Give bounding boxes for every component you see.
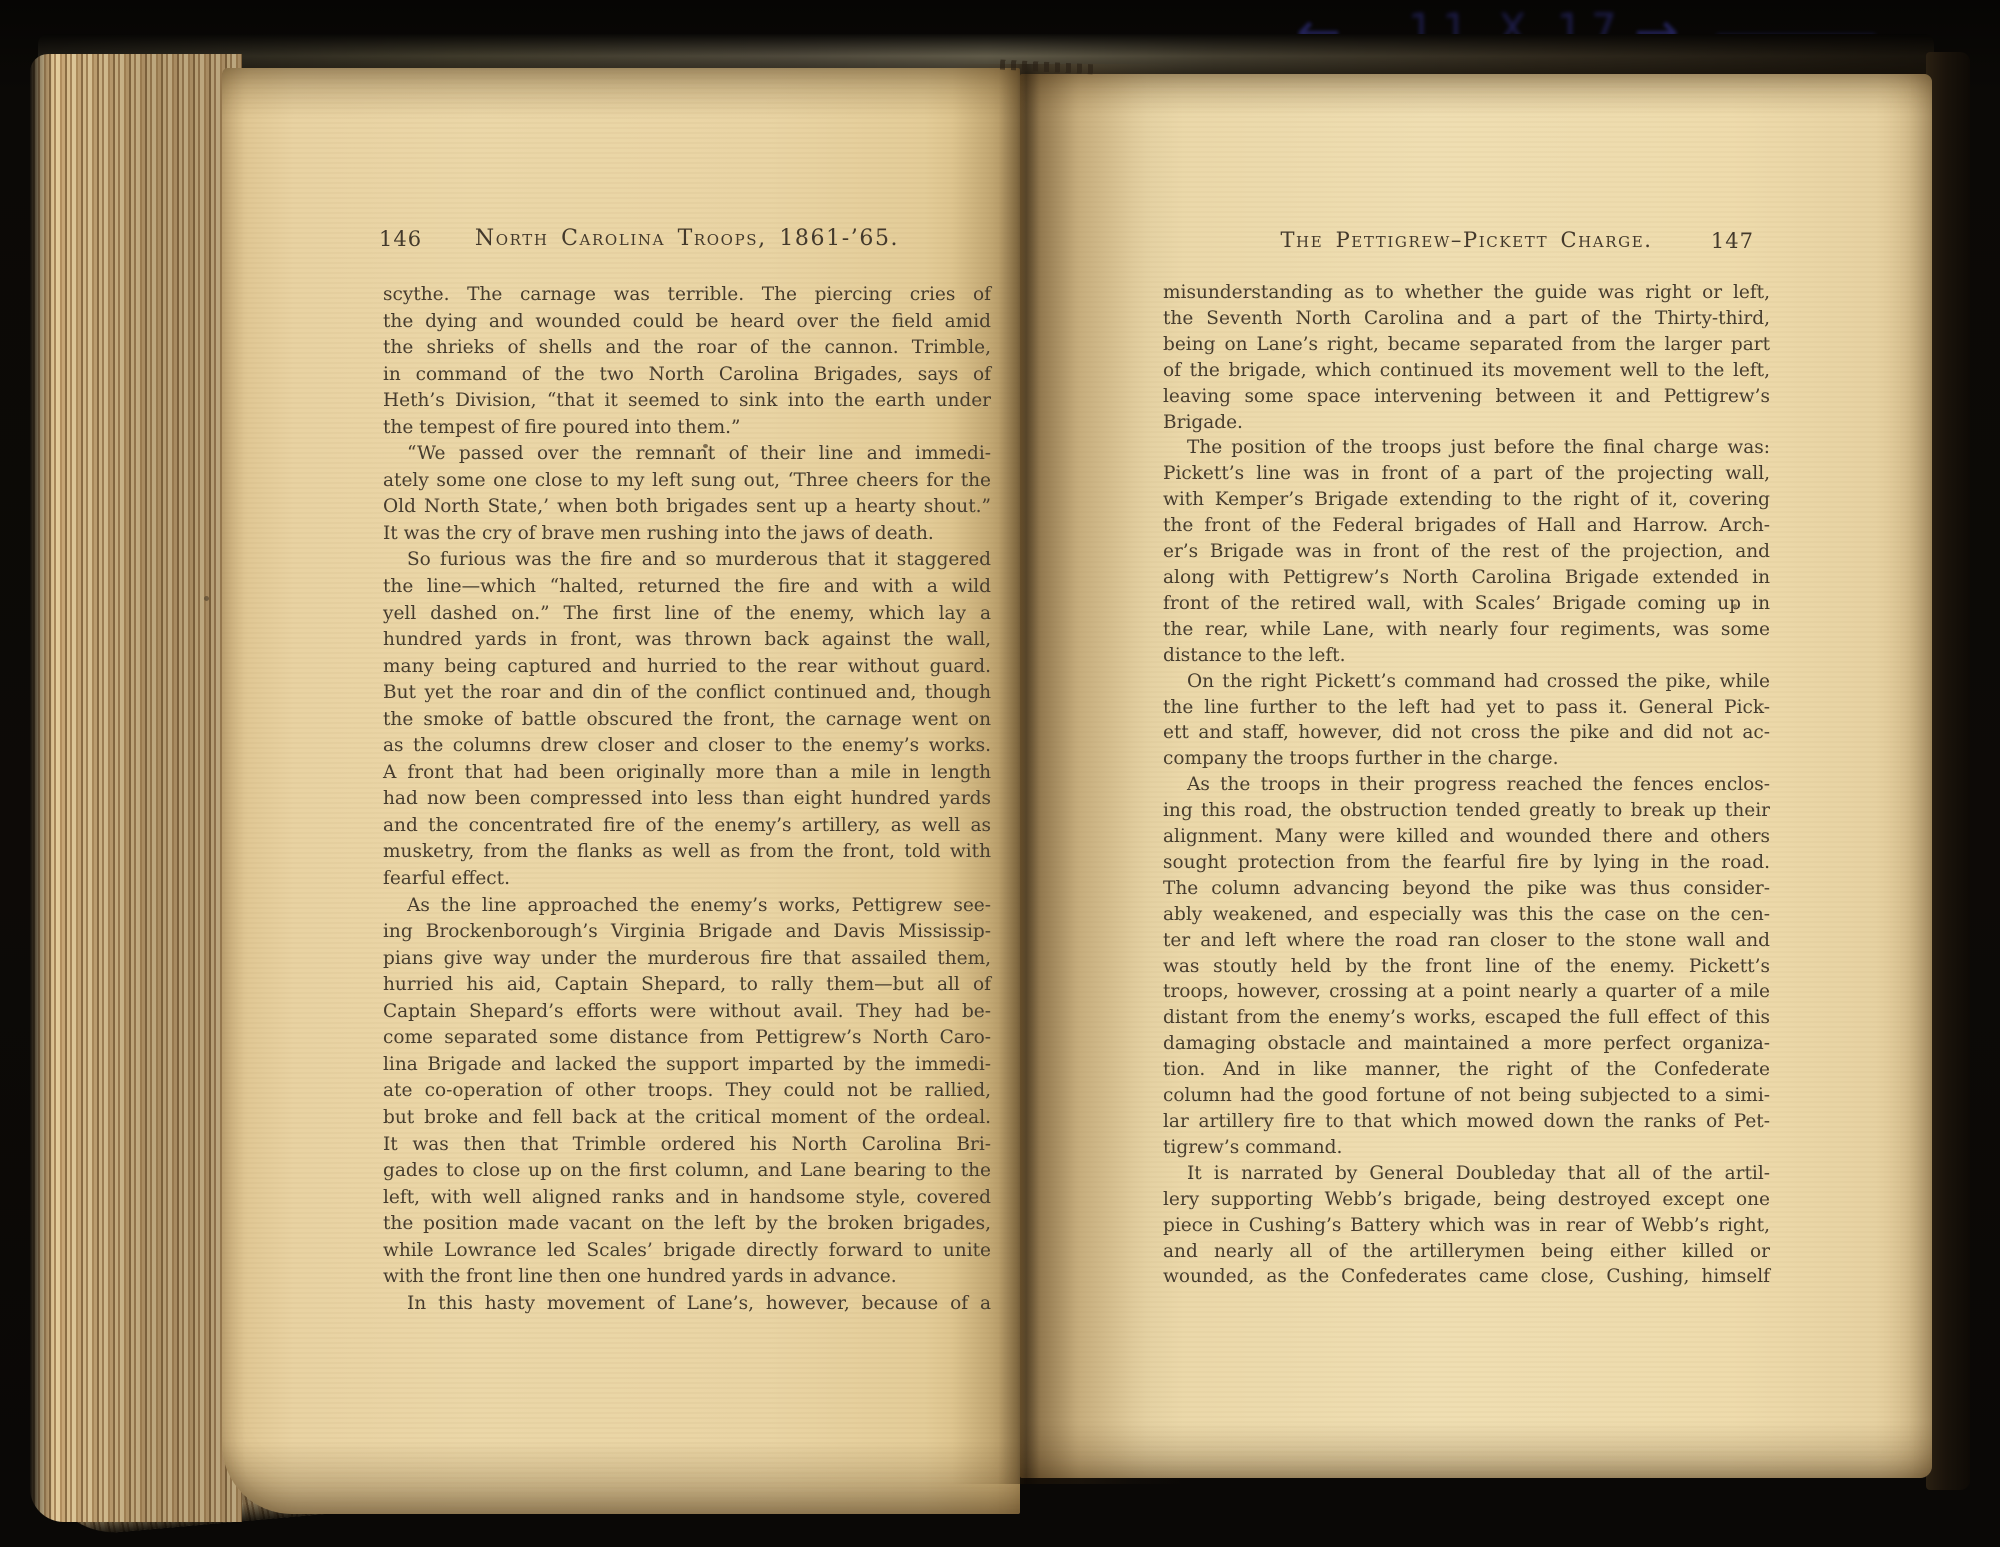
text-line: while Lowrance led Scales’ brigade direc… (383, 1238, 991, 1265)
text-line: along with Pettigrew’s North Carolina Br… (1163, 565, 1770, 591)
text-line: the rear, while Lane, with nearly four r… (1163, 617, 1770, 643)
text-line: But yet the roar and din of the conflict… (383, 680, 991, 707)
text-line: ter and left where the road ran closer t… (1163, 928, 1770, 954)
text-line: but broke and fell back at the critical … (383, 1105, 991, 1132)
text-line: Captain Shepard’s efforts were without a… (383, 999, 991, 1026)
text-line: gades to close up on the first column, a… (383, 1158, 991, 1185)
text-line: troops, however, crossing at a point nea… (1163, 979, 1770, 1005)
text-line: column had the good fortune of not being… (1163, 1083, 1770, 1109)
text-line: had now been compressed into less than e… (383, 786, 991, 813)
text-line: Old North State,’ when both brigades sen… (383, 494, 991, 521)
paper-speck (204, 596, 209, 601)
text-line: piece in Cushing’s Battery which was in … (1163, 1213, 1770, 1239)
text-line: hurried his aid, Captain Shepard, to ral… (383, 972, 991, 999)
text-line: ing this road, the obstruction tended gr… (1163, 798, 1770, 824)
book-scan: ← 11 X 17 → 146 North Carolina Troops, 1… (0, 0, 2000, 1547)
text-line: er’s Brigade was in front of the rest of… (1163, 539, 1770, 565)
text-line: many being captured and hurried to the r… (383, 654, 991, 681)
left-page-number: 146 (379, 227, 422, 251)
text-line: “We passed over the remnant of their lin… (383, 441, 991, 468)
text-line: It was the cry of brave men rushing into… (383, 521, 991, 548)
text-line: leaving some space intervening between i… (1163, 384, 1770, 410)
text-line: The column advancing beyond the pike was… (1163, 876, 1770, 902)
text-line: As the troops in their progress reached … (1163, 772, 1770, 798)
text-line: It is narrated by General Doubleday that… (1163, 1161, 1770, 1187)
left-page-body: scythe. The carnage was terrible. The pi… (383, 282, 991, 1317)
text-line: the line—which “halted, returned the fir… (383, 574, 991, 601)
text-line: being on Lane’s right, became separated … (1163, 332, 1770, 358)
text-line: the position made vacant on the left by … (383, 1211, 991, 1238)
text-line: Pickett’s line was in front of a part of… (1163, 461, 1770, 487)
right-running-title: The Pettigrew–Pickett Charge. (1163, 228, 1770, 252)
text-line: of the brigade, which continued its move… (1163, 358, 1770, 384)
text-line: Heth’s Division, “that it seemed to sink… (383, 388, 991, 415)
left-running-title: North Carolina Troops, 1861-’65. (383, 226, 991, 251)
text-line: In this hasty movement of Lane’s, howeve… (383, 1291, 991, 1318)
text-line: alignment. Many were killed and wounded … (1163, 824, 1770, 850)
text-line: Brigade. (1163, 410, 1770, 436)
text-line: The position of the troops just before t… (1163, 435, 1770, 461)
text-line: misunderstanding as to whether the guide… (1163, 280, 1770, 306)
text-line: hundred yards in front, was thrown back … (383, 627, 991, 654)
text-line: ably weakened, and especially was this t… (1163, 902, 1770, 928)
text-line: lar artillery fire to that which mowed d… (1163, 1109, 1770, 1135)
book-cover-edge (1926, 52, 1970, 1490)
text-line: distant from the enemy’s works, escaped … (1163, 1005, 1770, 1031)
text-line: the tempest of fire poured into them.” (383, 415, 991, 442)
text-line: fearful effect. (383, 866, 991, 893)
text-line: come separated some distance from Pettig… (383, 1025, 991, 1052)
text-line: sought protection from the fearful fire … (1163, 850, 1770, 876)
right-page-number: 147 (1711, 229, 1754, 253)
text-line: scythe. The carnage was terrible. The pi… (383, 282, 991, 309)
text-line: in command of the two North Carolina Bri… (383, 362, 991, 389)
text-line: As the line approached the enemy’s works… (383, 893, 991, 920)
text-line: damaging obstacle and maintained a more … (1163, 1031, 1770, 1057)
text-line: A front that had been originally more th… (383, 760, 991, 787)
text-line: ing Brockenborough’s Virginia Brigade an… (383, 919, 991, 946)
text-line: left, with well aligned ranks and in han… (383, 1185, 991, 1212)
text-line: ate co-operation of other troops. They c… (383, 1078, 991, 1105)
text-line: musketry, from the flanks as well as fro… (383, 839, 991, 866)
text-line: On the right Pickett’s command had cross… (1163, 669, 1770, 695)
text-line: with Kemper’s Brigade extending to the r… (1163, 487, 1770, 513)
text-line: pians give way under the murderous fire … (383, 946, 991, 973)
text-line: So furious was the fire and so murderous… (383, 547, 991, 574)
text-line: It was then that Trimble ordered his Nor… (383, 1132, 991, 1159)
text-line: lery supporting Webb’s brigade, being de… (1163, 1187, 1770, 1213)
text-line: ett and staff, however, did not cross th… (1163, 720, 1770, 746)
left-page-header: 146 North Carolina Troops, 1861-’65. (383, 226, 991, 258)
text-line: the smoke of battle obscured the front, … (383, 707, 991, 734)
text-line: and nearly all of the artillerymen being… (1163, 1239, 1770, 1265)
right-page-header: The Pettigrew–Pickett Charge. 147 (1163, 228, 1770, 260)
text-line: the Seventh North Carolina and a part of… (1163, 306, 1770, 332)
text-line: tion. And in like manner, the right of t… (1163, 1057, 1770, 1083)
text-line: the dying and wounded could be heard ove… (383, 309, 991, 336)
text-line: the shrieks of shells and the roar of th… (383, 335, 991, 362)
page-stack-edge (30, 54, 242, 1522)
text-line: tigrew’s command. (1163, 1135, 1770, 1161)
text-line: the front of the Federal brigades of Hal… (1163, 513, 1770, 539)
text-line: the line further to the left had yet to … (1163, 695, 1770, 721)
text-line: company the troops further in the charge… (1163, 746, 1770, 772)
right-page-body: misunderstanding as to whether the guide… (1163, 280, 1770, 1290)
text-line: and the concentrated fire of the enemy’s… (383, 813, 991, 840)
text-line: lina Brigade and lacked the support impa… (383, 1052, 991, 1079)
text-line: as the columns drew closer and closer to… (383, 733, 991, 760)
text-line: ately some one close to my left sung out… (383, 468, 991, 495)
text-line: wounded, as the Confederates came close,… (1163, 1264, 1770, 1290)
text-line: front of the retired wall, with Scales’ … (1163, 591, 1770, 617)
text-line: was stoutly held by the front line of th… (1163, 954, 1770, 980)
text-line: yell dashed on.” The first line of the e… (383, 601, 991, 628)
text-line: with the front line then one hundred yar… (383, 1264, 991, 1291)
text-line: distance to the left. (1163, 643, 1770, 669)
